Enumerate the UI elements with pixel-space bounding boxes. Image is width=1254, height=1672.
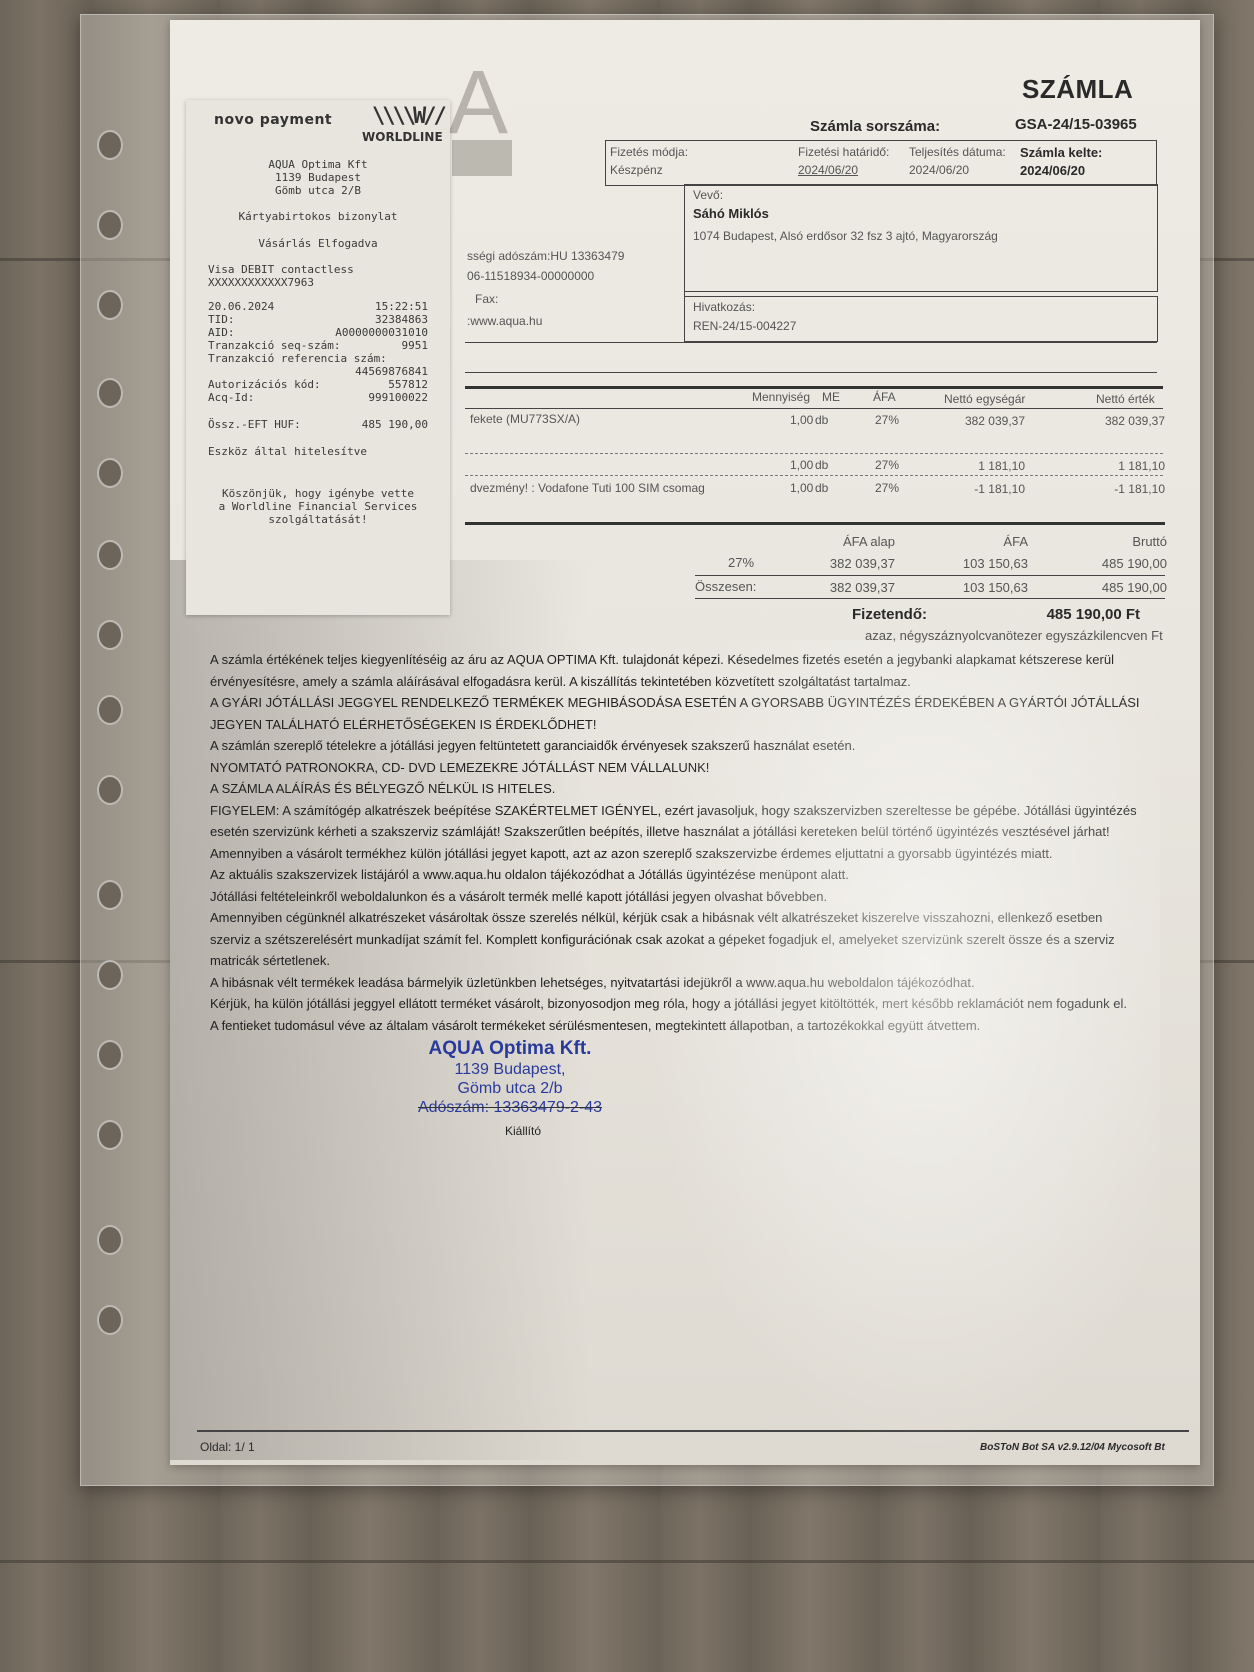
summary-label: 27%: [728, 555, 754, 570]
summary-vat: 103 150,63: [920, 556, 1028, 571]
buyer-name: Sáhó Miklós: [693, 206, 769, 221]
terms-line: A GYÁRI JÓTÁLLÁSI JEGGYEL RENDELKEZŐ TER…: [210, 692, 1180, 714]
receipt-date: 20.06.2024: [208, 300, 274, 313]
stamp-tax-id: Adószám: 13363479-2-43: [380, 1098, 640, 1117]
merchant-city: 1139 Budapest: [208, 171, 428, 184]
item-unit: db: [815, 413, 828, 427]
receipt-datetime: 20.06.2024 15:22:51: [208, 300, 428, 313]
row-label: Tranzakció referencia szám:: [208, 352, 387, 365]
thanks-line: Köszönjük, hogy igénybe vette: [208, 487, 428, 500]
total-value: 485 190,00: [362, 418, 428, 431]
fulfillment-date: 2024/06/20: [909, 163, 969, 177]
summary-gross: 485 190,00: [1060, 580, 1167, 595]
receipt-time: 15:22:51: [375, 300, 428, 313]
issuer-label: Kiállító: [505, 1124, 541, 1138]
novo-payment-logo: novo payment: [214, 114, 332, 126]
stamp-city: 1139 Budapest,: [380, 1060, 640, 1079]
summary-header-base: ÁFA alap: [780, 534, 895, 549]
summary-label: Összesen:: [695, 579, 756, 594]
due-date: 2024/06/20: [798, 163, 858, 177]
reference-label: Hivatkozás:: [693, 300, 755, 314]
summary-base: 382 039,37: [780, 556, 895, 571]
divider: [695, 575, 1165, 576]
row-label: Acq-Id:: [208, 391, 254, 404]
seller-fax: Fax:: [475, 292, 498, 306]
payment-method-label: Fizetés módja:: [610, 145, 688, 159]
divider: [465, 475, 1163, 476]
row-label: Autorizációs kód:: [208, 378, 321, 391]
item-net-unit-price: -1 181,10: [940, 482, 1025, 496]
terms-line: matricák sértetlenek.: [210, 950, 1180, 972]
punch-hole: [97, 290, 123, 320]
reference-value: REN-24/15-004227: [693, 319, 796, 333]
card-number: XXXXXXXXXXXX7963: [208, 276, 428, 289]
terms-line: szerviz a szétszerelésért munkadíjat szá…: [210, 929, 1180, 951]
terms-line: Amennyiben cégünknél alkatrészeket vásár…: [210, 907, 1180, 929]
row-value: A0000000031010: [335, 326, 428, 339]
document-type: Kártyabirtokos bizonylat: [208, 210, 428, 223]
seller-website: :www.aqua.hu: [467, 314, 542, 328]
summary-gross: 485 190,00: [1060, 556, 1167, 571]
worldline-icon: \\\\W//: [372, 104, 444, 129]
item-vat: 27%: [875, 458, 899, 472]
item-net-value: -1 181,10: [1075, 482, 1165, 496]
terms-line: Kérjük, ha külön jótállási jeggyel ellát…: [210, 993, 1180, 1015]
punch-hole: [97, 210, 123, 240]
item-qty: 1,00: [790, 481, 813, 495]
header-net-unit-price: Nettó egységár: [944, 392, 1025, 406]
header-unit: ME: [822, 390, 840, 404]
row-value: 999100022: [368, 391, 428, 404]
due-date-label: Fizetési határidő:: [798, 145, 889, 159]
stamp-street: Gömb utca 2/b: [380, 1079, 640, 1098]
punch-hole: [97, 378, 123, 408]
payable-amount: 485 190,00 Ft: [1010, 606, 1140, 623]
software-footer: BoSToN Bot SA v2.9.12/04 Mycosoft Bt: [980, 1442, 1165, 1453]
item-qty: 1,00: [790, 458, 813, 472]
summary-header-vat: ÁFA: [940, 534, 1028, 549]
terms-line: érvényesítésre, amely a számla aláírásáv…: [210, 671, 1180, 693]
receipt-total: Össz.-EFT HUF: 485 190,00: [208, 418, 428, 431]
punch-hole: [97, 130, 123, 160]
invoice-number-label: Számla sorszáma:: [810, 118, 940, 135]
item-net-value: 382 039,37: [1075, 414, 1165, 428]
issue-date-label: Számla kelte:: [1020, 145, 1102, 160]
row-label: AID:: [208, 326, 235, 339]
terms-line: A számlán szereplő tételekre a jótállási…: [210, 735, 1180, 757]
item-qty: 1,00: [790, 413, 813, 427]
receipt-row: Acq-Id: 999100022: [208, 391, 428, 404]
seller-tax-id: sségi adószám:HU 13363479: [467, 249, 624, 263]
terms-line: Jótállási feltételeinkről weboldalunkon …: [210, 886, 1180, 908]
punch-hole: [97, 1225, 123, 1255]
punch-hole: [97, 458, 123, 488]
row-label: TID:: [208, 313, 235, 326]
worldline-logo: WORLDLINE: [362, 130, 443, 144]
total-label: Össz.-EFT HUF:: [208, 418, 301, 431]
item-vat: 27%: [875, 481, 899, 495]
punch-hole: [97, 620, 123, 650]
punch-hole: [97, 695, 123, 725]
terms-line: FIGYELEM: A számítógép alkatrészek beépí…: [210, 800, 1180, 822]
company-stamp: AQUA Optima Kft. 1139 Budapest, Gömb utc…: [380, 1038, 640, 1117]
issue-date: 2024/06/20: [1020, 163, 1085, 178]
verification-note: Eszköz által hitelesítve: [208, 445, 428, 458]
header-net-value: Nettó érték: [1096, 392, 1155, 406]
row-value: 557812: [388, 378, 428, 391]
row-value: 44569876841: [355, 365, 428, 378]
logo-block: [452, 140, 512, 176]
receipt-row: Tranzakció referencia szám:: [208, 352, 428, 365]
terms-line: A fentieket tudomásul véve az általam vá…: [210, 1015, 1180, 1037]
item-name: dvezmény! : Vodafone Tuti 100 SIM csomag: [470, 481, 705, 495]
punch-hole: [97, 960, 123, 990]
card-receipt: novo payment \\\\W// WORLDLINE AQUA Opti…: [186, 100, 450, 615]
terms-line: Az aktuális szakszervizek listájáról a w…: [210, 864, 1180, 886]
table-top-rule: [465, 386, 1163, 389]
item-name: fekete (MU773SX/A): [470, 412, 580, 426]
receipt-row: Tranzakció seq-szám: 9951: [208, 339, 428, 352]
header-vat: ÁFA: [873, 390, 896, 404]
aqua-logo-partial: A: [448, 68, 518, 138]
buyer-address: 1074 Budapest, Alsó erdősor 32 fsz 3 ajt…: [693, 229, 998, 243]
summary-header-gross: Bruttó: [1075, 534, 1167, 549]
receipt-row: Autorizációs kód: 557812: [208, 378, 428, 391]
terms-line: A számla értékének teljes kiegyenlítéséi…: [210, 649, 1180, 671]
stamp-company: AQUA Optima Kft.: [380, 1038, 640, 1060]
row-label: Tranzakció seq-szám:: [208, 339, 340, 352]
row-value: 32384863: [375, 313, 428, 326]
divider: [465, 453, 1163, 454]
receipt-row: TID: 32384863: [208, 313, 428, 326]
seller-bank-account: 06-11518934-00000000: [467, 269, 594, 283]
floor-plank-seam: [0, 1560, 1254, 1563]
punch-hole: [97, 1305, 123, 1335]
card-type: Visa DEBIT contactless: [208, 263, 428, 276]
terms-line: A SZÁMLA ALÁÍRÁS ÉS BÉLYEGZŐ NÉLKÜL IS H…: [210, 778, 1180, 800]
summary-top-rule: [465, 522, 1165, 525]
punch-hole: [97, 1040, 123, 1070]
terms-line: JEGYEN TALÁLHATÓ ELÉRHETŐSÉGEKEN IS ÉRDE…: [210, 714, 1180, 736]
fulfillment-date-label: Teljesítés dátuma:: [909, 145, 1006, 159]
terms-line: A hibásnak vélt termékek leadása bármely…: [210, 972, 1180, 994]
divider: [465, 342, 1157, 343]
item-unit: db: [815, 481, 828, 495]
page-number: Oldal: 1/ 1: [200, 1440, 255, 1454]
merchant-name: AQUA Optima Kft: [208, 158, 428, 171]
buyer-label: Vevő:: [693, 188, 723, 202]
summary-base: 382 039,37: [780, 580, 895, 595]
item-net-unit-price: 382 039,37: [940, 414, 1025, 428]
merchant-street: Gömb utca 2/B: [208, 184, 428, 197]
punch-hole: [97, 1120, 123, 1150]
payment-method: Készpénz: [610, 163, 663, 177]
divider: [465, 372, 1157, 373]
thanks-line: a Worldline Financial Services: [208, 500, 428, 513]
summary-vat: 103 150,63: [920, 580, 1028, 595]
terms-line: esetén szervizünk kérheti a szakszerviz …: [210, 821, 1180, 843]
divider: [465, 408, 1163, 409]
header-qty: Mennyiség: [752, 390, 810, 404]
receipt-row: AID: A0000000031010: [208, 326, 428, 339]
punch-hole: [97, 540, 123, 570]
item-unit: db: [815, 458, 828, 472]
divider: [695, 598, 1165, 599]
item-vat: 27%: [875, 413, 899, 427]
footer-rule: [197, 1430, 1189, 1432]
item-net-unit-price: 1 181,10: [940, 459, 1025, 473]
payable-label: Fizetendő:: [852, 606, 927, 623]
invoice-number: GSA-24/15-03965: [1015, 116, 1137, 133]
amount-in-words: azaz, négyszáznyolcvanötezer egyszázkile…: [865, 628, 1163, 643]
row-value: 9951: [402, 339, 429, 352]
punch-hole: [97, 775, 123, 805]
thanks-line: szolgáltatását!: [208, 513, 428, 526]
terms-line: Amennyiben a vásárolt termékhez külön jó…: [210, 843, 1180, 865]
terms-text: A számla értékének teljes kiegyenlítéséi…: [210, 649, 1180, 1036]
transaction-status: Vásárlás Elfogadva: [208, 237, 428, 250]
item-net-value: 1 181,10: [1075, 459, 1165, 473]
terms-line: NYOMTATÓ PATRONOKRA, CD- DVD LEMEZEKRE J…: [210, 757, 1180, 779]
invoice-title: SZÁMLA: [1022, 74, 1133, 105]
punch-hole: [97, 880, 123, 910]
